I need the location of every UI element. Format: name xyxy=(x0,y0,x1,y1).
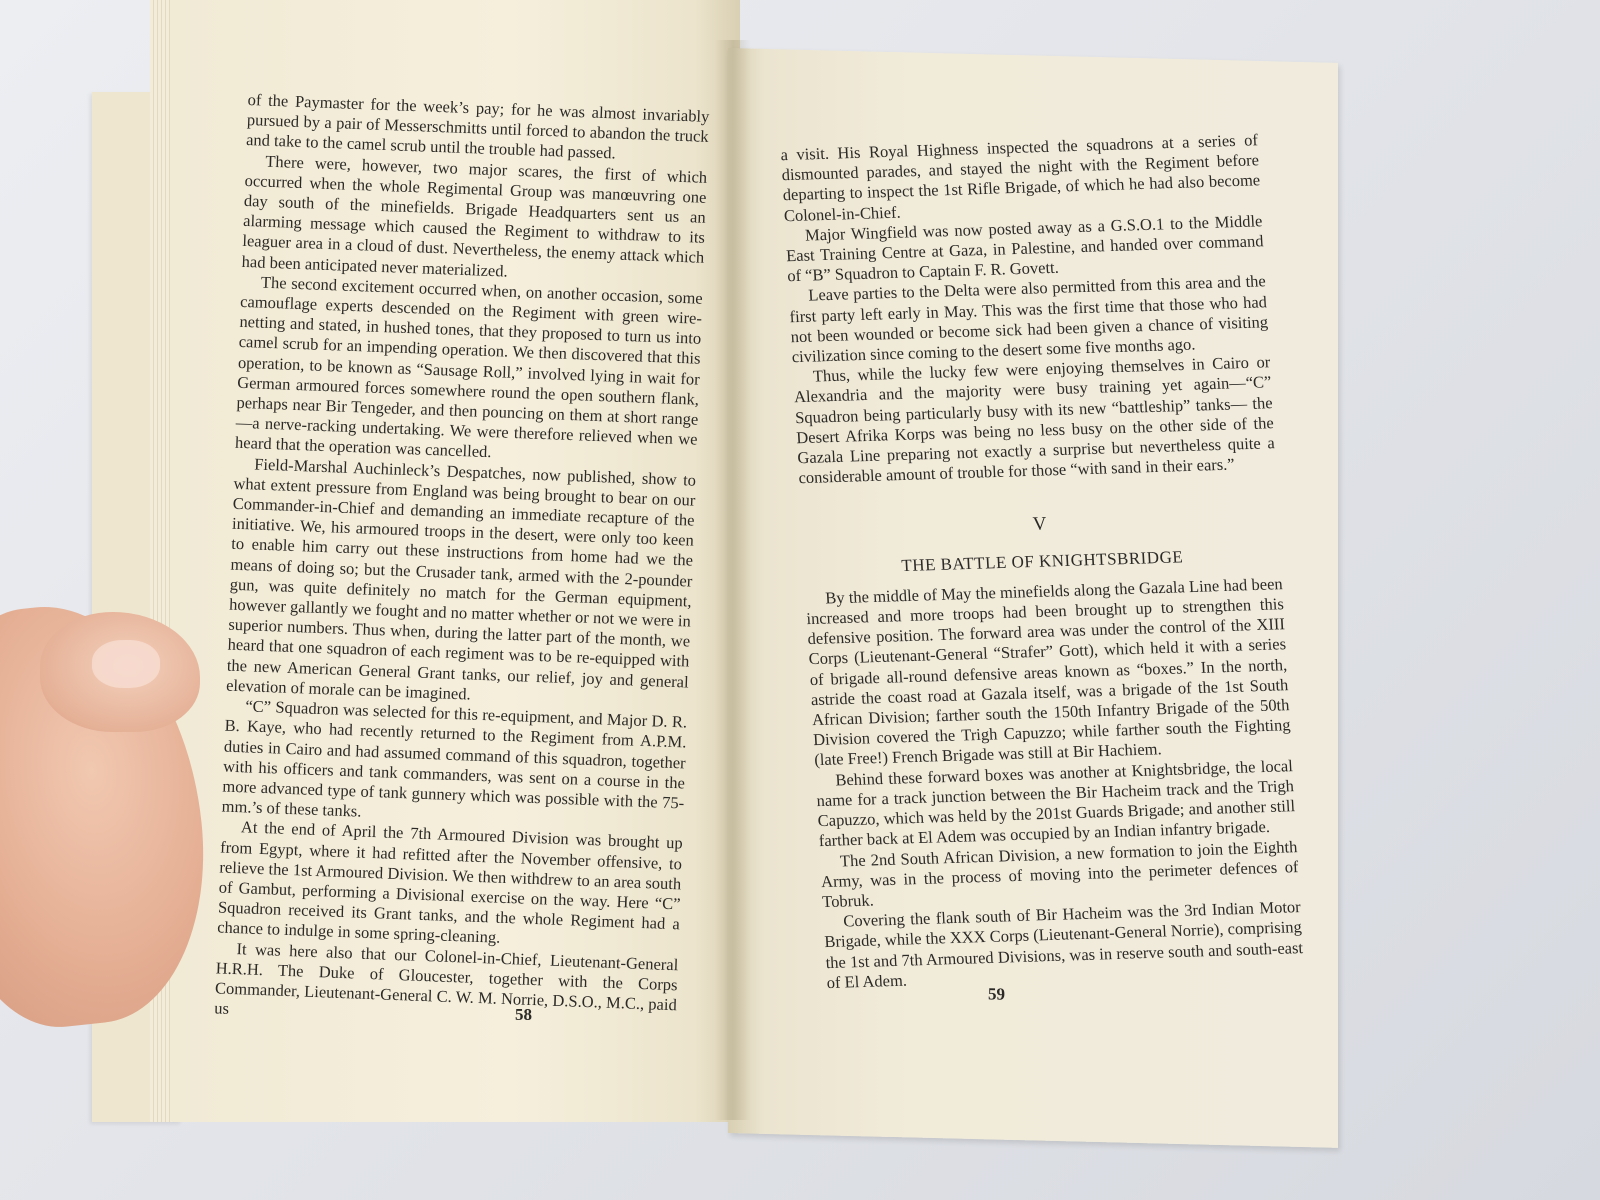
chapter-number: V xyxy=(801,508,1279,543)
paragraph: The second excitement occurred when, on … xyxy=(235,272,703,471)
left-page-text: of the Paymaster for the week’s pay; for… xyxy=(214,90,710,1036)
book-gutter xyxy=(715,40,751,1120)
page-number-left: 58 xyxy=(515,1005,532,1025)
paragraph: Leave parties to the Delta were also per… xyxy=(788,272,1270,368)
paragraph: There were, however, two major scares, t… xyxy=(241,151,707,289)
chapter-title: THE BATTLE OF KNIGHTSBRIDGE xyxy=(803,544,1281,579)
paragraph: Thus, while the lucky few were enjoying … xyxy=(792,352,1276,488)
paragraph: By the middle of May the minefields alon… xyxy=(805,574,1292,771)
paragraph: Behind these forward boxes was another a… xyxy=(815,756,1297,852)
paragraph: Covering the flank south of Bir Hacheim … xyxy=(823,897,1305,993)
right-page: a visit. His Royal Highness inspected th… xyxy=(728,48,1338,1148)
page-number-right: 59 xyxy=(988,984,1005,1004)
thumbnail xyxy=(92,640,160,688)
paragraph: Field-Marshal Auchinleck’s Despatches, n… xyxy=(226,453,697,712)
paragraph: At the end of April the 7th Armoured Div… xyxy=(217,817,683,955)
right-page-text: a visit. His Royal Highness inspected th… xyxy=(780,130,1305,993)
paragraph: a visit. His Royal Highness inspected th… xyxy=(780,130,1262,226)
paragraph: It was here also that our Colonel-in-Chi… xyxy=(214,938,679,1036)
left-page: of the Paymaster for the week’s pay; for… xyxy=(170,0,740,1122)
paragraph: “C” Squadron was selected for this re-eq… xyxy=(221,696,687,834)
